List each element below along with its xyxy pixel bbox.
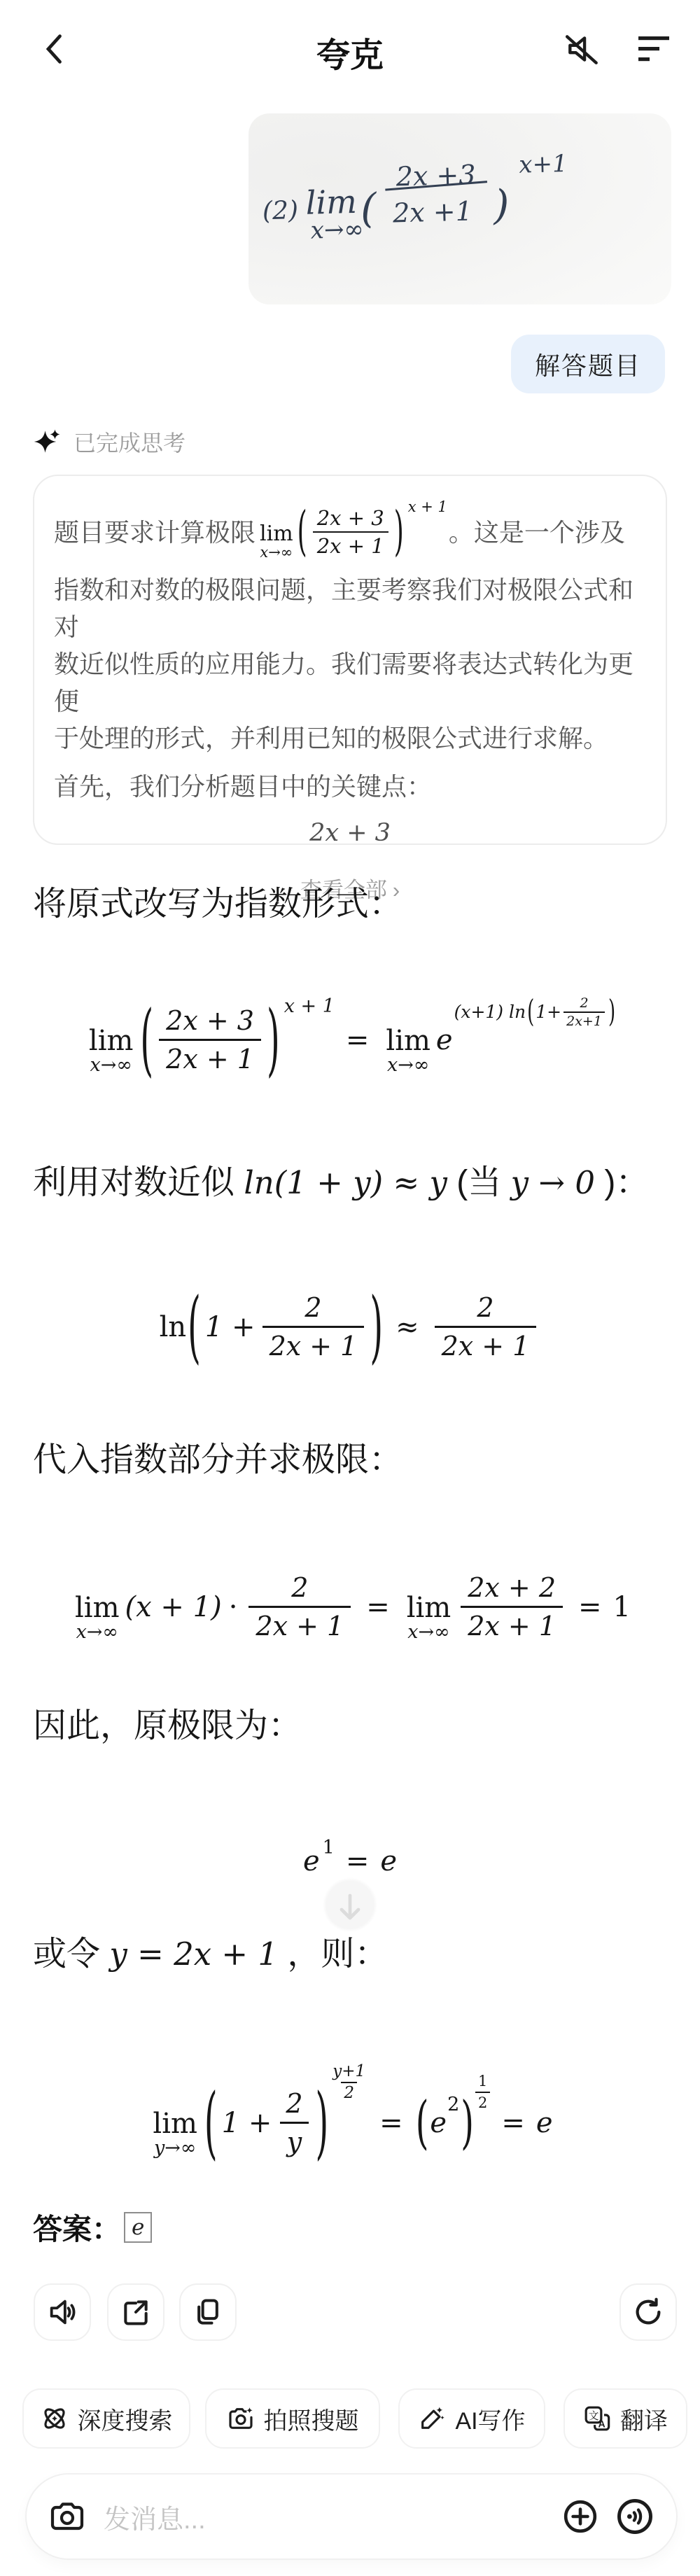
- formula-e-result: e 1 = e: [0, 1845, 700, 1877]
- inline-limit-formula: limx→∞ ( 2x + 32x + 1 ) x + 1: [257, 507, 447, 556]
- chip-ai-writing[interactable]: AI写作: [398, 2388, 545, 2449]
- handwritten-formula: (2) lim x→∞ ( 2x +3 2x +1 ) x+1: [248, 113, 671, 304]
- heading-log-approximation: 利用对数近似 ln(1 + y) ≈ y (当 y → 0 )：: [33, 1155, 649, 1203]
- refresh-icon: [632, 2296, 664, 2328]
- camera-icon[interactable]: [49, 2500, 85, 2533]
- solve-question-label: 解答题目: [535, 346, 641, 382]
- share-icon: [120, 2297, 151, 2327]
- svg-text:A: A: [598, 2418, 605, 2430]
- heading-substitute-exponent: 代入指数部分并求极限：: [33, 1432, 402, 1480]
- pen-sparkle-icon: [418, 2404, 446, 2432]
- mute-icon[interactable]: [564, 32, 602, 66]
- copy-icon: [192, 2297, 223, 2327]
- message-input-placeholder[interactable]: 发消息...: [104, 2498, 563, 2536]
- share-button[interactable]: [107, 2283, 164, 2341]
- thinking-line: 于处理的形式，并利用已知的极限公式进行求解。: [54, 720, 646, 757]
- solve-question-bubble[interactable]: 解答题目: [511, 335, 665, 393]
- translate-icon: 文 A: [583, 2404, 611, 2432]
- chip-deep-search[interactable]: 深度搜索: [22, 2388, 190, 2449]
- menu-list-icon[interactable]: [634, 34, 673, 64]
- speaker-icon: [46, 2296, 78, 2328]
- thinking-status: 已完成思考: [33, 426, 185, 458]
- chip-translate[interactable]: 文 A 翻译: [563, 2388, 687, 2449]
- chip-photo-solve[interactable]: 拍照搜题: [205, 2388, 380, 2449]
- message-input-bar[interactable]: 发消息...: [25, 2473, 678, 2560]
- heading-rewrite-exponential: 将原式改写为指数形式：: [33, 876, 402, 925]
- answer-label: 答案：: [33, 2206, 121, 2248]
- thinking-line: 数近似性质的应用能力。我们需要将表达式转化为更便: [54, 645, 646, 720]
- deep-search-icon: [41, 2404, 69, 2432]
- thinking-status-label: 已完成思考: [73, 426, 185, 458]
- camera-sparkle-icon: [227, 2404, 255, 2432]
- formula-substituted-limit: limy→∞ ( 1 + 2y ) y+12 = ( e 2 ) 12 = e: [0, 2089, 700, 2156]
- voice-input-icon[interactable]: [616, 2498, 654, 2535]
- copy-button[interactable]: [179, 2283, 237, 2341]
- svg-text:文: 文: [588, 2410, 598, 2422]
- truncated-formula-fragment: 2x + 3: [54, 815, 646, 852]
- chip-label: 深度搜索: [78, 2402, 173, 2436]
- thinking-paragraph-1: 题目要求计算极限 limx→∞ ( 2x + 32x + 1 ) x + 1 。…: [54, 493, 646, 571]
- formula-log-approx: ln ( 1 + 22x + 1 ) ≈ 22x + 1: [0, 1294, 700, 1360]
- chip-label: 翻译: [620, 2402, 668, 2436]
- regenerate-button[interactable]: [619, 2283, 677, 2341]
- question-photo[interactable]: (2) lim x→∞ ( 2x +3 2x +1 ) x+1: [248, 113, 671, 304]
- thinking-line: 指数和对数的极限问题，主要考察我们对极限公式和对: [54, 571, 646, 645]
- read-aloud-button[interactable]: [34, 2283, 91, 2341]
- chip-label: AI写作: [455, 2402, 525, 2436]
- heading-therefore-limit: 因此，原极限为：: [33, 1698, 302, 1746]
- add-attachment-icon[interactable]: [563, 2499, 598, 2534]
- thinking-paragraph-2: 首先，我们分析题目中的关键点：: [54, 768, 646, 805]
- formula-exponential-rewrite: limx→∞ ( 2x + 32x + 1 ) x + 1 = limy→∞x→…: [0, 1007, 700, 1073]
- answer-value: e: [124, 2212, 152, 2243]
- sparkle-icon: [33, 427, 62, 456]
- top-bar: 夸克: [0, 0, 700, 98]
- thinking-card[interactable]: 题目要求计算极限 limx→∞ ( 2x + 32x + 1 ) x + 1 。…: [33, 475, 667, 845]
- chip-label: 拍照搜题: [264, 2402, 359, 2436]
- formula-exponent-limit: limx→∞ (x + 1) · 22x + 1 = limx→∞ 2x + 2…: [0, 1574, 700, 1640]
- heading-substitution-y: 或令 y = 2x + 1 ，则：: [33, 1926, 388, 1975]
- answer-row: 答案： e: [33, 2206, 152, 2248]
